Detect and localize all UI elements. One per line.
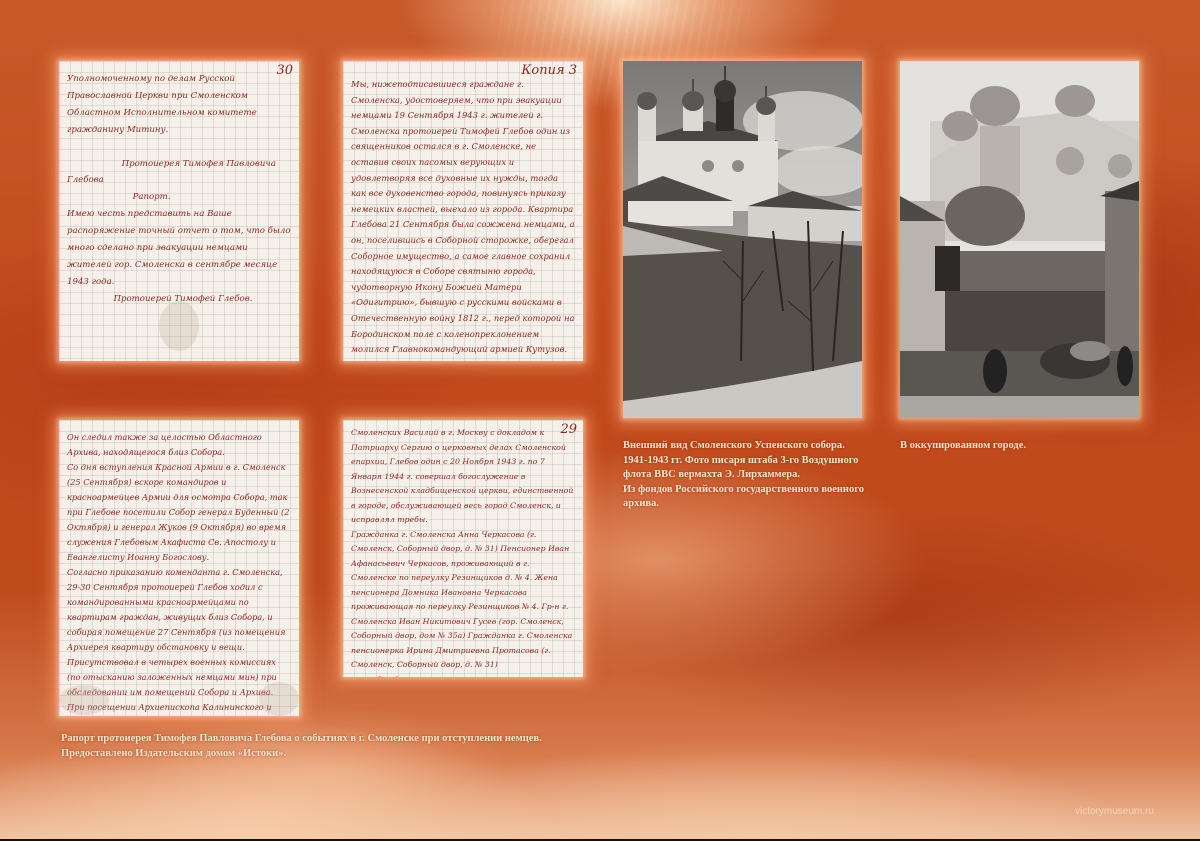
photo-cathedral-exterior xyxy=(623,61,862,418)
occupied-city-photo-image xyxy=(900,61,1139,418)
caption-line: Предоставлено Издательским домом «Истоки… xyxy=(61,747,542,762)
document-page-2: Копия 3 Мы, нижеподписавшиеся граждане г… xyxy=(343,61,583,361)
caption-line: архива. xyxy=(623,497,864,512)
caption-line: Внешний вид Смоленского Успенского собор… xyxy=(623,439,864,454)
caption-line: флота ВВС вермахта Э. Лирхаммера. xyxy=(623,468,864,483)
photo-cathedral-caption: Внешний вид Смоленского Успенского собор… xyxy=(623,439,864,512)
paper-stain xyxy=(259,682,299,716)
handwritten-text: Мы, нижеподписавшиеся граждане г. Смолен… xyxy=(351,77,575,355)
caption-line: 1941-1943 гг. Фото писаря штаба 3-го Воз… xyxy=(623,454,864,469)
paper-stain xyxy=(59,685,109,715)
handwritten-text: Он следил также за целостью Областного А… xyxy=(67,430,291,710)
caption-line: Из фондов Российского государственного в… xyxy=(623,483,864,498)
document-page-3: Он следил также за целостью Областного А… xyxy=(59,420,299,716)
caption-line: В оккупированном городе. xyxy=(900,439,1026,454)
paper-stain xyxy=(159,301,199,351)
photo-occupied-city-caption: В оккупированном городе. xyxy=(900,439,1026,454)
page-number: Копия 3 xyxy=(521,63,577,78)
document-page-4: 29 Смоленских Василий в г. Москву с докл… xyxy=(343,420,583,677)
cathedral-photo-image xyxy=(623,61,862,418)
document-page-1: 30 Уполномоченному по делам Русской Прав… xyxy=(59,61,299,361)
site-watermark: victorymuseum.ru xyxy=(1075,806,1154,817)
handwritten-text: Смоленских Василий в г. Москву с докладо… xyxy=(351,426,575,671)
documents-caption: Рапорт протоиерея Тимофея Павловича Глеб… xyxy=(61,732,542,761)
photo-occupied-city xyxy=(900,61,1139,418)
caption-line: Рапорт протоиерея Тимофея Павловича Глеб… xyxy=(61,732,542,747)
